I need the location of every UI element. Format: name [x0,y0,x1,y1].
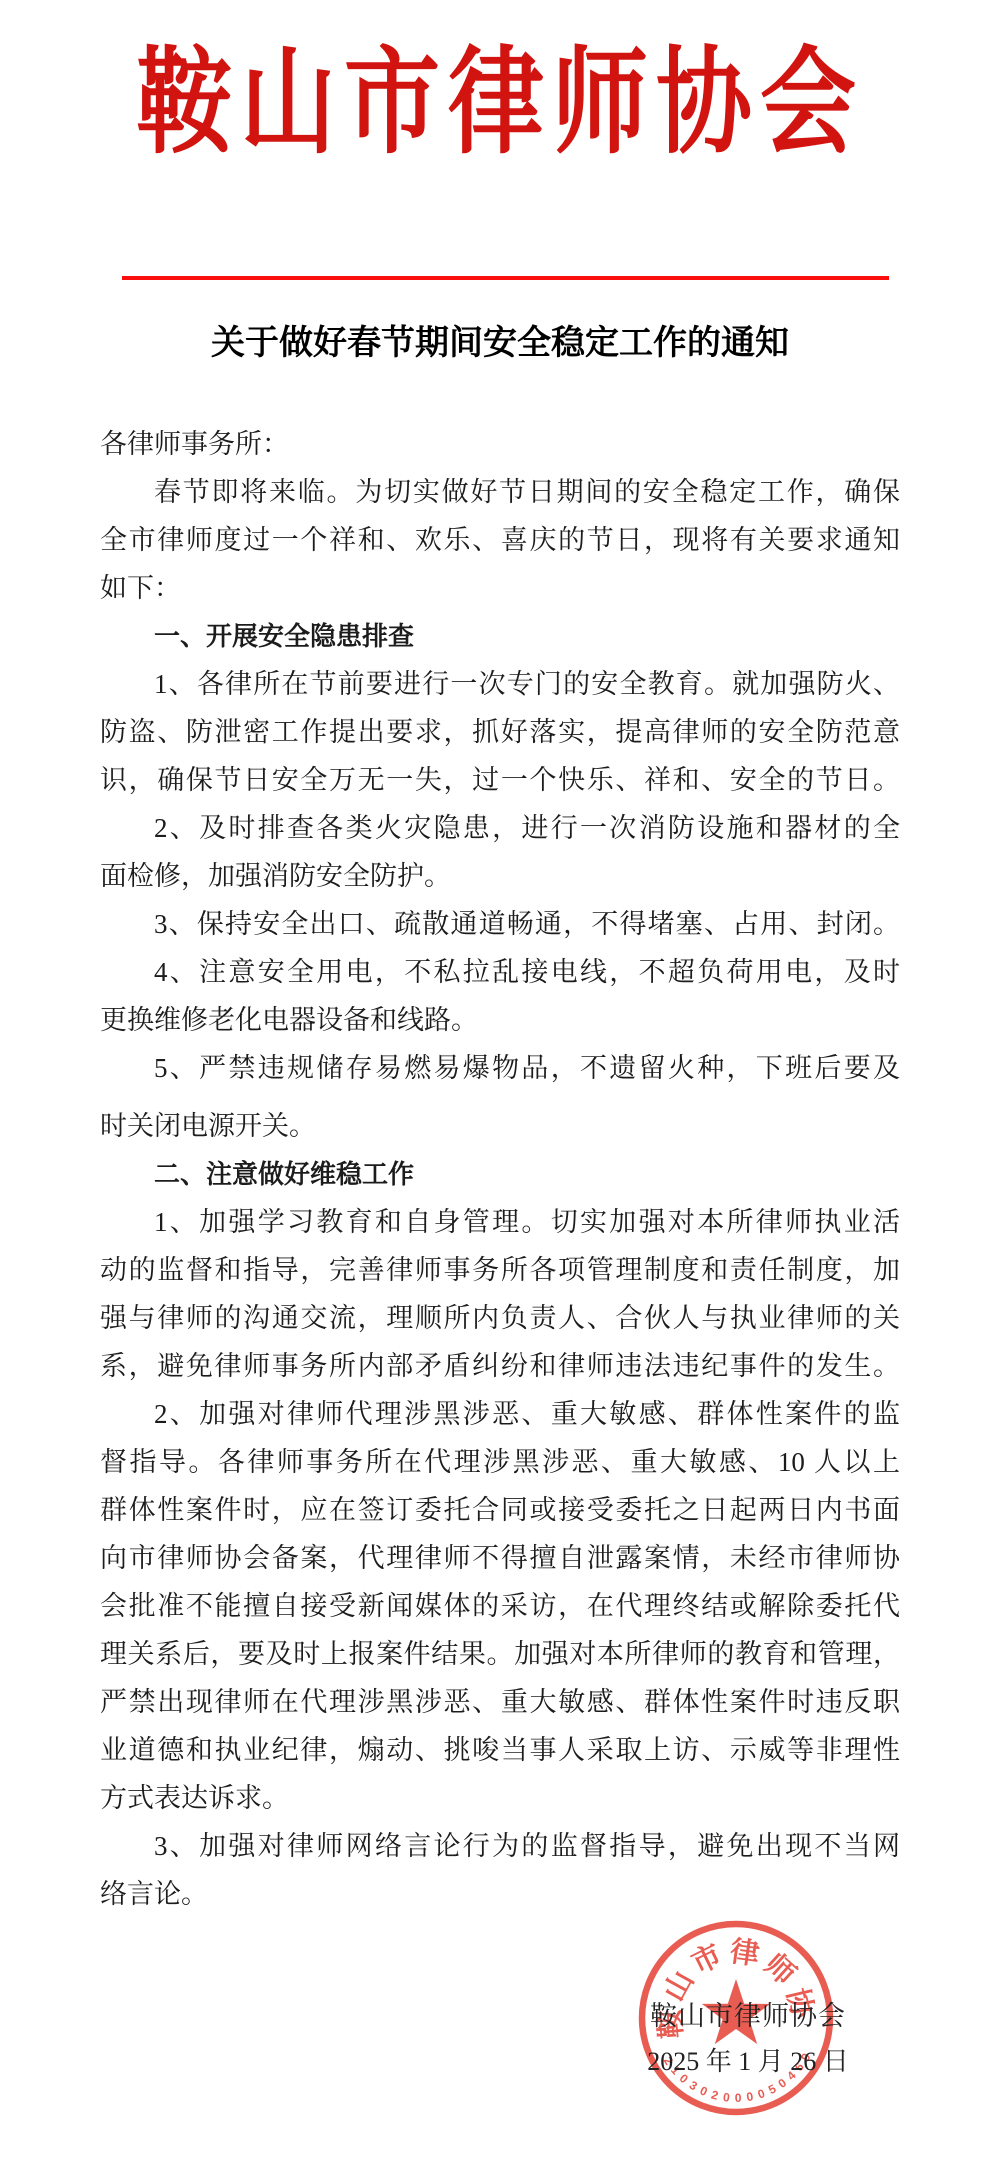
body-line: 业道德和执业纪律，煽动、挑唆当事人采取上访、示威等非理性 [100,1726,900,1774]
body-line: 严禁出现律师在代理涉黑涉恶、重大敏感、群体性案件时违反职 [100,1678,900,1726]
body-line: 3、加强对律师网络言论行为的监督指导，避免出现不当网 [100,1822,900,1870]
body-line: 强与律师的沟通交流，理顺所内负责人、合伙人与执业律师的关 [100,1294,900,1342]
body-line: 1、加强学习教育和自身管理。切实加强对本所律师执业活 [100,1198,900,1246]
body-line: 方式表达诉求。 [100,1774,900,1822]
letterhead-divider-rule [122,276,889,280]
document-title: 关于做好春节期间安全稳定工作的通知 [0,324,1000,364]
body-line: 理关系后，要及时上报案件结果。加强对本所律师的教育和管理， [100,1630,900,1678]
letterhead-org-name: 鞍山市律师协会 [0,46,1000,161]
body-line: 各律师事务所： [100,420,900,468]
signature-date: 2025 年 1 月 26 日 [600,2046,896,2078]
body-line: 面检修，加强消防安全防护。 [100,852,900,900]
body-line: 会批准不能擅自接受新闻媒体的采访，在代理终结或解除委托代 [100,1582,900,1630]
body-line: 5、严禁违规储存易燃易爆物品，不遗留火种，下班后要及 [100,1044,900,1092]
body-line: 一、开展安全隐患排查 [100,612,900,660]
document-body: 各律师事务所：春节即将来临。为切实做好节日期间的安全稳定工作，确保全市律师度过一… [100,420,900,1918]
notice-document-page: 鞍山市律师协会 关于做好春节期间安全稳定工作的通知 各律师事务所：春节即将来临。… [0,0,1000,2164]
body-line: 4、注意安全用电，不私拉乱接电线，不超负荷用电，及时 [100,948,900,996]
body-line: 2、加强对律师代理涉黑涉恶、重大敏感、群体性案件的监 [100,1390,900,1438]
body-line: 2、及时排查各类火灾隐患，进行一次消防设施和器材的全 [100,804,900,852]
body-line: 防盗、防泄密工作提出要求，抓好落实，提高律师的安全防范意 [100,708,900,756]
body-line: 时关闭电源开关。 [100,1102,900,1150]
body-line: 督指导。各律师事务所在代理涉黑涉恶、重大敏感、10 人以上 [100,1438,900,1486]
body-line: 3、保持安全出口、疏散通道畅通，不得堵塞、占用、封闭。 [100,900,900,948]
body-line: 全市律师度过一个祥和、欢乐、喜庆的节日，现将有关要求通知 [100,516,900,564]
body-line: 系，避免律师事务所内部矛盾纠纷和律师违法违纪事件的发生。 [100,1342,900,1390]
body-line: 动的监督和指导，完善律师事务所各项管理制度和责任制度，加 [100,1246,900,1294]
signature-org: 鞍山市律师协会 [600,2000,896,2032]
body-line: 络言论。 [100,1870,900,1918]
body-line: 群体性案件时，应在签订委托合同或接受委托之日起两日内书面 [100,1486,900,1534]
body-line: 向市律师协会备案，代理律师不得擅自泄露案情，未经市律师协 [100,1534,900,1582]
body-line: 识，确保节日安全万无一失，过一个快乐、祥和、安全的节日。 [100,756,900,804]
body-line: 更换维修老化电器设备和线路。 [100,996,900,1044]
body-line: 1、各律所在节前要进行一次专门的安全教育。就加强防火、 [100,660,900,708]
body-line: 春节即将来临。为切实做好节日期间的安全稳定工作，确保 [100,468,900,516]
body-line: 如下： [100,564,900,612]
body-line: 二、注意做好维稳工作 [100,1150,900,1198]
